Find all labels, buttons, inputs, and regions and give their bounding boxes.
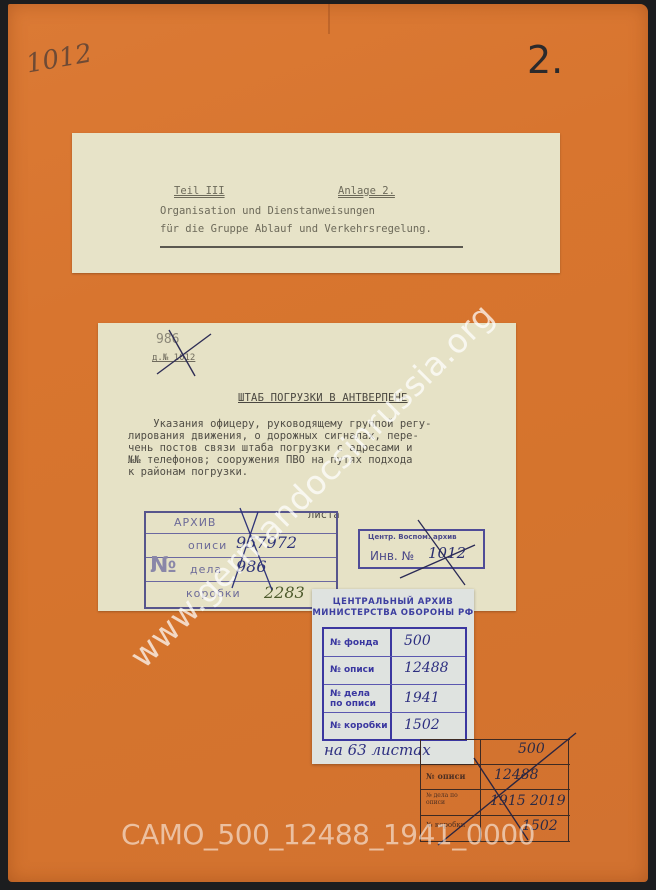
opisi-label: № описи xyxy=(330,665,374,675)
old-stamp-fond: 500 xyxy=(518,741,545,757)
old-stamp-delo-label: № дела по описи xyxy=(426,792,478,806)
archive-stamp-value-dela: 986 xyxy=(236,557,267,576)
opisi-value: 12488 xyxy=(404,660,449,676)
part-heading: Teil III xyxy=(174,185,225,197)
archive-stamp-label-korobki: коробки xyxy=(186,587,241,600)
german-title-label: Teil III Anlage 2. Organisation und Dien… xyxy=(72,133,560,273)
inventory-stamp-title: Центр. Воспом. архив xyxy=(368,533,457,541)
inventory-stamp-value: 1012 xyxy=(428,544,466,562)
page-number: 2. xyxy=(527,38,563,82)
archive-stamp-value-opisi: 957972 xyxy=(236,533,297,552)
camo-header-line-2: МИНИСТЕРСТВА ОБОРОНЫ РФ xyxy=(312,608,474,619)
appendix-heading: Anlage 2. xyxy=(338,185,395,197)
archive-stamp: АРХИВ описи 957972 № дела 986 коробки 22… xyxy=(144,511,338,609)
korobki-label: № коробки xyxy=(330,721,388,731)
archive-stamp-label-opisi: описи xyxy=(188,539,227,552)
russian-title: ШТАБ ПОГРУЗКИ В АНТВЕРПЕНЕ xyxy=(238,392,408,404)
inventory-stamp-label: Инв. № xyxy=(370,549,414,563)
inventory-stamp: Центр. Воспом. архив Инв. № 1012 xyxy=(358,529,485,569)
archive-stamp-title: АРХИВ xyxy=(174,516,216,529)
fond-value: 500 xyxy=(404,633,431,649)
german-title-line-1: Organisation und Dienstanweisungen xyxy=(160,205,375,217)
cross-out-mark-icon xyxy=(153,328,213,378)
russian-description: Указания офицеру, руководящему группой р… xyxy=(128,418,508,478)
fond-label: № фонда xyxy=(330,638,379,648)
file-caption-watermark: CAMO_500_12488_1941_0000 xyxy=(0,818,656,851)
german-title-line-2: für die Gruppe Ablauf und Verkehrsregelu… xyxy=(160,223,432,235)
archive-stamp-label-dela: дела xyxy=(190,563,222,576)
camo-header-line-1: ЦЕНТРАЛЬНЫЙ АРХИВ xyxy=(312,597,474,608)
old-stamp-opisi-value: 12488 xyxy=(494,767,539,783)
camo-archive-label: ЦЕНТРАЛЬНЫЙ АРХИВ МИНИСТЕРСТВА ОБОРОНЫ Р… xyxy=(312,589,474,764)
korobki-value: 1502 xyxy=(404,717,440,733)
old-stamp-delo-value: 1915 2019 xyxy=(490,793,566,809)
old-stamp-opisi-label: № описи xyxy=(426,771,465,781)
archive-stamp-value-korobki: 2283 xyxy=(264,583,305,602)
sheet-count: на 63 листах xyxy=(324,741,431,759)
camo-table: № фонда 500 № описи 12488 № дела по опис… xyxy=(322,627,467,741)
camo-header: ЦЕНТРАЛЬНЫЙ АРХИВ МИНИСТЕРСТВА ОБОРОНЫ Р… xyxy=(312,597,474,619)
delo-value: 1941 xyxy=(404,690,440,706)
title-underline xyxy=(160,246,463,248)
archive-stamp-number-sign: № xyxy=(150,553,176,578)
delo-label: № дела по описи xyxy=(330,689,376,709)
